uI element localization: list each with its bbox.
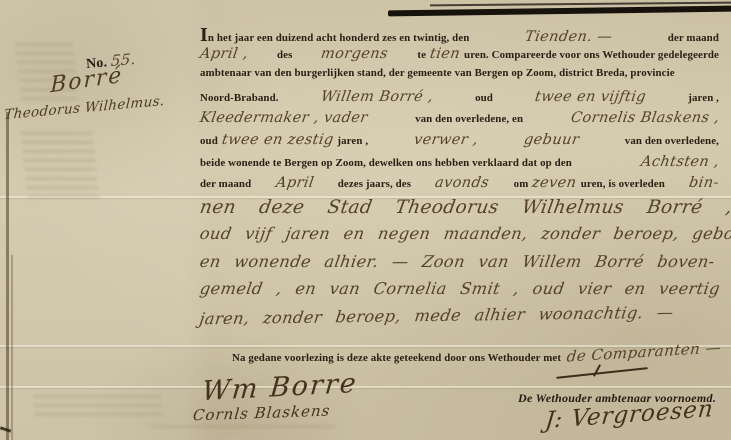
printed-text: In het jaar een duizend acht honderd zes…	[200, 24, 469, 47]
handwritten-age: twee en zestig	[221, 132, 335, 148]
handwritten-month: April	[274, 175, 315, 191]
handwritten-death-day: Achtsten ,	[640, 154, 721, 170]
pen-flourish	[556, 367, 648, 379]
printed-text: Noord-Braband.	[200, 92, 279, 104]
handwritten-month: April ,	[199, 46, 250, 62]
ink-bleedthrough	[20, 128, 100, 204]
ink-bleedthrough	[32, 390, 163, 422]
handwritten-deceased-name: nen deze Stad Theodorus Wilhelmus Borré …	[198, 197, 731, 218]
printed-text: jaren ,	[337, 135, 368, 147]
printed-text: der maand	[668, 32, 719, 44]
printed-text: der maand	[200, 178, 251, 190]
act-line-4: Noord-Braband. Willem Borré , oud twee e…	[200, 89, 719, 111]
printed-text: om	[514, 178, 529, 190]
handwritten-comparanten: de Comparanten —	[566, 338, 722, 365]
printed-text: oud	[475, 92, 493, 104]
witness-signature-1: Wm Borre	[201, 368, 359, 407]
top-rule	[388, 6, 731, 17]
handwritten-day: Tienden. —	[524, 29, 614, 45]
closing-formula: Na gedane voorlezing is deze akte geteek…	[232, 347, 720, 366]
handwritten-hour: zeven	[531, 175, 578, 191]
handwritten-age: twee en vijftig	[534, 89, 648, 105]
act-body: In het jaar een duizend acht honderd zes…	[200, 24, 719, 334]
death-time-phrase: om zeven uren, is overleden	[514, 175, 665, 191]
death-record-scan: No. 55. Borré Theodorus Wilhelmus. In he…	[0, 0, 731, 440]
act-line-5: Kleedermaker , vader van den overledene,…	[200, 110, 719, 132]
act-line-11: en wonende alhier. — Zoon van Willem Bor…	[200, 252, 719, 279]
act-line-7: beide wonende te Bergen op Zoom, dewelke…	[200, 154, 719, 176]
handwritten-witness-name: Cornelis Blaskens ,	[569, 110, 720, 126]
printed-text: dezes jaars, des	[338, 178, 411, 190]
printed-text: oud	[200, 135, 218, 147]
printed-text: Na gedane voorlezing is deze akte geteek…	[232, 352, 561, 364]
act-line-10: oud vijf jaren en negen maanden, zonder …	[200, 224, 719, 251]
page-edge-line	[6, 112, 9, 440]
handwritten-daypart: avonds	[434, 175, 491, 191]
printed-text: jaren ,	[688, 92, 719, 104]
handwritten-text: jaren, zonder beroep, mede alhier woonac…	[198, 303, 675, 329]
handwritten-daypart: morgens	[320, 46, 389, 62]
handwritten-hour: tien	[429, 46, 462, 62]
act-line-1: In het jaar een duizend acht honderd zes…	[200, 24, 719, 46]
handwritten-hyphen-word: bin-	[688, 175, 720, 191]
printed-text: ambtenaar van den burgerlijken stand, de…	[200, 67, 675, 79]
handwritten-occupation: verwer ,	[413, 132, 480, 148]
handwritten-relation: gebuur	[523, 132, 581, 148]
time-phrase: te tien uren. Compareerde voor ons Wetho…	[417, 46, 719, 62]
act-line-9: nen deze Stad Theodorus Wilhelmus Borré …	[200, 197, 719, 224]
pen-flourish-tick	[593, 364, 601, 376]
printed-text: van den overledene,	[625, 135, 719, 147]
printed-text: beide wonende te Bergen op Zoom, dewelke…	[200, 157, 572, 169]
age-phrase: oud twee en zestig jaren ,	[200, 132, 368, 148]
printed-text: des	[277, 49, 292, 61]
printed-text: uren. Compareerde voor ons Wethouder ged…	[464, 49, 719, 61]
printed-text: uren, is overleden	[581, 178, 665, 190]
fold-line	[0, 386, 731, 388]
handwritten-occupation: Kleedermaker , vader	[199, 110, 369, 126]
handwritten-text: en wonende alhier. — Zoon van Willem Bor…	[198, 252, 716, 271]
act-line-6: oud twee en zestig jaren , verwer , gebu…	[200, 132, 719, 154]
act-line-2: April , des morgens te tien uren. Compar…	[200, 46, 719, 68]
handwritten-text: oud vijf jaren en negen maanden, zonder …	[198, 224, 731, 243]
handwritten-declarant-name: Willem Borré ,	[319, 89, 434, 105]
act-line-3: ambtenaar van den burgerlijken stand, de…	[200, 67, 719, 89]
printed-text: te	[417, 49, 426, 61]
act-line-13: jaren, zonder beroep, mede alhier woonac…	[200, 306, 719, 333]
act-line-8: der maand April dezes jaars, des avonds …	[200, 175, 719, 197]
handwritten-text: gemeld , en van Cornelia Smit , oud vier…	[198, 279, 721, 298]
printed-text: van den overledene, en	[415, 113, 523, 125]
page-edge-line	[11, 255, 13, 440]
